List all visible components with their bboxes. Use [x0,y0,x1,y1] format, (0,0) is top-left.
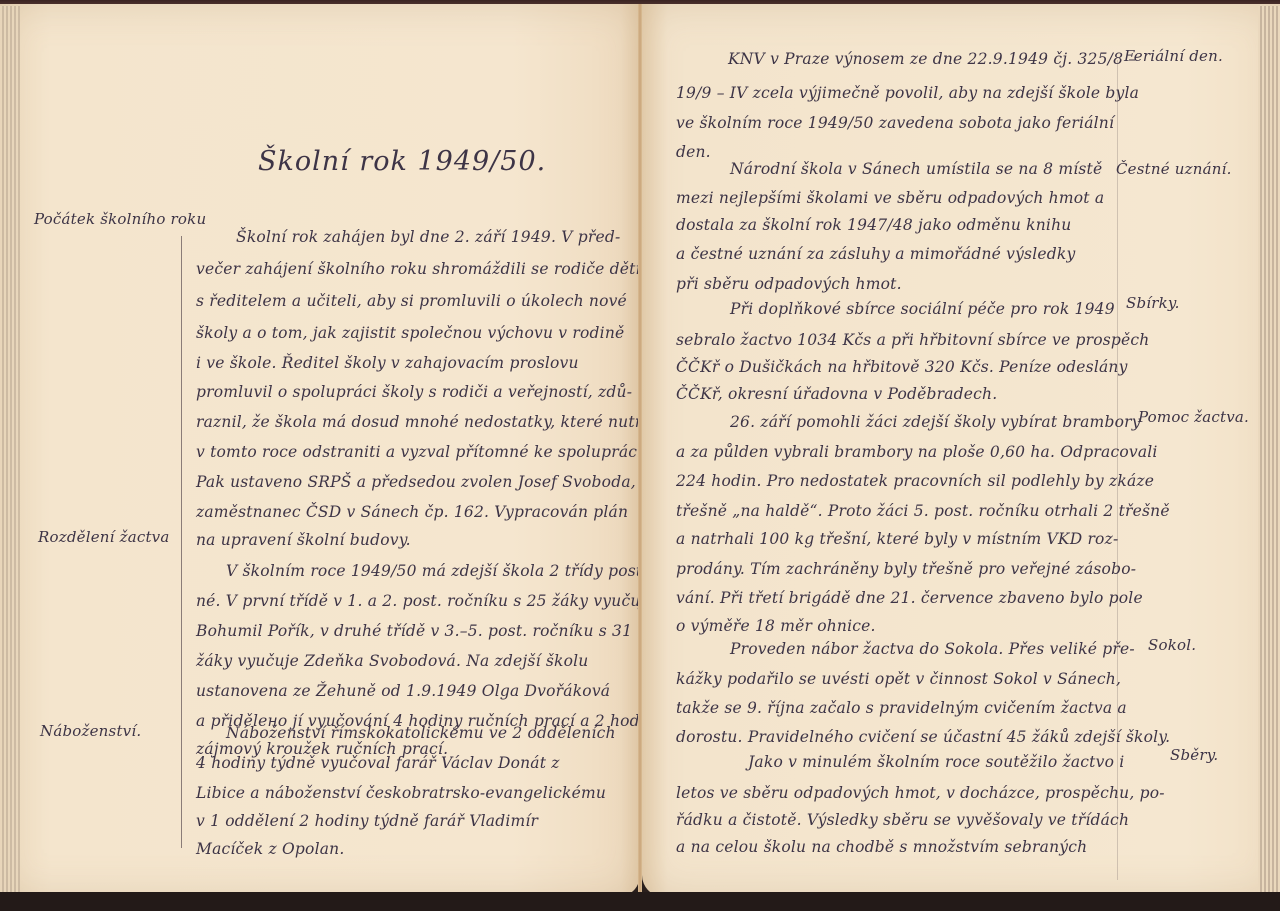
text-line: Pak ustaveno SRPŠ a předsedou zvolen Jos… [196,473,636,491]
text-line: v 1 oddělení 2 hodiny týdně farář Vladim… [196,812,538,830]
margin-note: Pomoc žactva. [1138,408,1249,426]
text-line: ČČKř o Dušičkách na hřbitově 320 Kčs. Pe… [676,358,1128,376]
text-line: 19/9 – IV zcela výjimečně povolil, aby n… [676,84,1139,102]
margin-note: Čestné uznání. [1116,160,1232,178]
text-line: letos ve sběru odpadových hmot, v docház… [676,784,1165,802]
text-line: promluvil o spolupráci školy s rodiči a … [196,383,632,401]
text-line: ustanovena ze Žehuně od 1.9.1949 Olga Dv… [196,682,610,700]
text-line: prodány. Tím zachráněny byly třešně pro … [676,560,1136,578]
text-line: i ve škole. Ředitel školy v zahajovacím … [196,354,579,372]
margin-note: Náboženství. [40,722,141,740]
text-line: takže se 9. října začalo s pravidelným c… [676,699,1127,717]
text-line: Školní rok zahájen byl dne 2. září 1949.… [236,228,620,246]
margin-note: Rozdělení žactva [38,528,170,546]
text-line: vání. Při třetí brigádě dne 21. července… [676,589,1143,607]
text-line: žáky vyučuje Zdeňka Svobodová. Na zdejší… [196,652,588,670]
margin-note: Sbírky. [1126,294,1180,312]
text-line: den. [676,143,711,161]
text-line: dostala za školní rok 1947/48 jako odměn… [676,216,1071,234]
text-line: mezi nejlepšími školami ve sběru odpadov… [676,189,1104,207]
text-line: 4 hodiny týdně vyučoval farář Václav Don… [196,754,560,772]
text-line: školy a o tom, jak zajistit společnou vý… [196,324,624,342]
text-line: o výměře 18 měr ohnice. [676,617,876,635]
text-line: Národní škola v Sánech umístila se na 8 … [730,160,1102,178]
text-line: 224 hodin. Pro nedostatek pracovních sil… [676,472,1154,490]
text-line: kážky podařilo se uvésti opět v činnost … [676,670,1121,688]
text-line: Libice a náboženství českobratrsko-evang… [196,784,606,802]
text-line: večer zahájení školního roku shromáždili… [196,260,641,278]
text-line: řádku a čistotě. Výsledky sběru se vyvěš… [676,811,1129,829]
text-line: V školním roce 1949/50 má zdejší škola 2… [226,562,668,580]
text-line: a natrhali 100 kg třešní, které byly v m… [676,530,1118,548]
book-bottom-shadow [0,892,1280,911]
text-line: raznil, že škola má dosud mnohé nedostat… [196,413,654,431]
right-page-edges [1258,6,1280,898]
margin-note: Sběry. [1170,746,1218,764]
text-line: né. V první třídě v 1. a 2. post. ročník… [196,592,655,610]
text-line: a na celou školu na chodbě s množstvím s… [676,838,1087,856]
text-line: KNV v Praze výnosem ze dne 22.9.1949 čj.… [728,50,1136,68]
text-line: 26. září pomohli žáci zdejší školy vybír… [730,413,1141,431]
text-line: a za půlden vybrali brambory na ploše 0,… [676,443,1158,461]
margin-note: Počátek školního roku [34,210,206,228]
margin-note: Feriální den. [1124,47,1223,65]
left-page-edges [0,6,20,896]
open-book: Školní rok 1949/50. Počátek školního rok… [0,0,1280,911]
page-title: Školní rok 1949/50. [258,146,546,177]
text-line: Bohumil Pořík, v druhé třídě v 3.–5. pos… [196,622,632,640]
text-line: Macíček z Opolan. [196,840,345,858]
text-line: Jako v minulém školním roce soutěžilo ža… [748,753,1124,771]
text-line: a čestné uznání za zásluhy a mimořádné v… [676,245,1075,263]
text-line: třešně „na haldě“. Proto žáci 5. post. r… [676,502,1170,520]
text-line: dorostu. Pravidelného cvičení se účastní… [676,728,1170,746]
left-margin-rule [181,236,182,848]
text-line: ve školním roce 1949/50 zavedena sobota … [676,114,1114,132]
text-line: Proveden nábor žactva do Sokola. Přes ve… [730,640,1135,658]
text-line: v tomto roce odstraniti a vyzval přítomn… [196,443,647,461]
text-line: zaměstnanec ČSD v Sánech čp. 162. Vyprac… [196,503,628,521]
text-line: při sběru odpadových hmot. [676,275,902,293]
text-line: na upravení školní budovy. [196,531,411,549]
text-line: Náboženství římskokatolickému ve 2 odděl… [226,724,616,742]
margin-note: Sokol. [1148,636,1196,654]
text-line: s ředitelem a učiteli, aby si promluvili… [196,292,627,310]
text-line: Při doplňkové sbírce sociální péče pro r… [730,300,1115,318]
text-line: sebralo žactvo 1034 Kčs a při hřbitovní … [676,331,1149,349]
text-line: ČČKř, okresní úřadovna v Poděbradech. [676,385,997,403]
